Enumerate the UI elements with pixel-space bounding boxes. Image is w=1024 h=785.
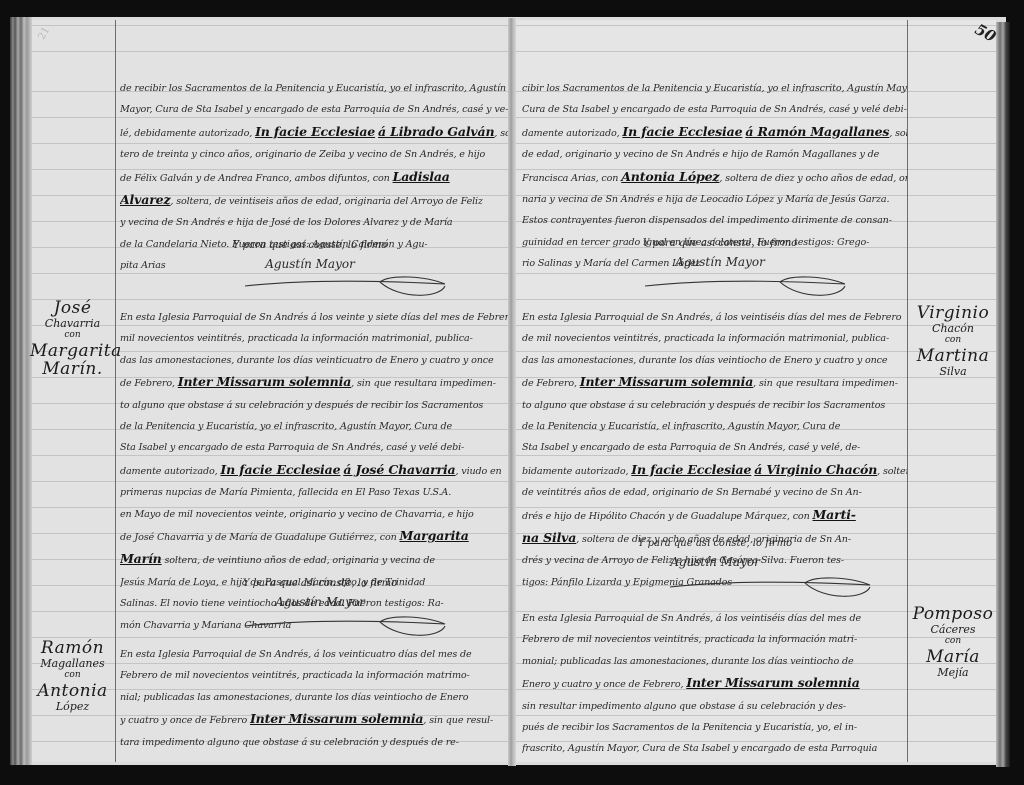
margin-names-virginio-martina: Virginio Chacón con Martina Silva bbox=[910, 305, 996, 377]
margin-names-ramon-antonia: Ramón Magallanes con Antonia López bbox=[30, 640, 115, 712]
left-closing-2: Y para que así conste, lo firmo Agustín … bbox=[220, 578, 420, 609]
formula-in-facie: In facie Ecclesiae bbox=[622, 124, 742, 139]
formula-inter-missarum: Inter Missarum solemnia bbox=[686, 675, 859, 690]
entry-line: das las amonestaciones, durante los días… bbox=[120, 350, 508, 371]
right-margin-rule bbox=[907, 20, 908, 762]
entry-line: de mil novecientos veintitrés, practicad… bbox=[522, 328, 907, 349]
closing-formula: Y para que así conste, lo firmo bbox=[643, 238, 797, 249]
margin-names-pomposo-maria: Pomposo Cáceres con María Mejía bbox=[910, 606, 996, 678]
entry-line: lé, debidamente autorizado, In facie Ecc… bbox=[120, 121, 508, 144]
groom-name: á Librado Galván bbox=[378, 124, 494, 139]
priest-signature: Agustín Mayor bbox=[620, 255, 820, 269]
left-binding-edge bbox=[10, 17, 32, 765]
entry-line: y vecina de Sn Andrés e hija de José de … bbox=[120, 212, 508, 233]
right-closing-2: Y para que así conste, lo firmo Agustín … bbox=[615, 538, 815, 569]
signature-rubric-flourish bbox=[240, 272, 450, 302]
entry-line: de veintitrés años de edad, originario d… bbox=[522, 482, 907, 503]
entry-line: cibir los Sacramentos de la Penitencia y… bbox=[522, 78, 907, 99]
entry-line: Estos contrayentes fueron dispensados de… bbox=[522, 210, 907, 231]
signature-rubric-flourish bbox=[665, 573, 875, 603]
groom-name: á Ramón Magallanes bbox=[745, 124, 889, 139]
groom-name: á José Chavarria bbox=[343, 462, 455, 477]
entry-line: de la Penitencia y Eucaristía, yo el inf… bbox=[120, 416, 508, 437]
right-closing-1: Y para que así conste, lo firmo Agustín … bbox=[620, 238, 820, 269]
entry-line: to alguno que obstase á su celebración y… bbox=[120, 395, 508, 416]
formula-inter-missarum: Inter Missarum solemnia bbox=[580, 374, 753, 389]
entry-line: Sta Isabel y encargado de esta Parroquia… bbox=[522, 437, 907, 458]
formula-inter-missarum: Inter Missarum solemnia bbox=[178, 374, 351, 389]
entry-line: das las amonestaciones, durante los días… bbox=[522, 350, 907, 371]
entry-line: damente autorizado, In facie Ecclesiae á… bbox=[522, 121, 907, 144]
closing-formula: Y para que así conste, lo firmo bbox=[243, 578, 397, 589]
entry-line: monial; publicadas las amonestaciones, d… bbox=[522, 651, 907, 672]
entry-line: de la Penitencia y Eucaristía, el infras… bbox=[522, 416, 907, 437]
entry-line: pués de recibir los Sacramentos de la Pe… bbox=[522, 717, 907, 738]
entry-line: frascrito, Agustín Mayor, Cura de Sta Is… bbox=[522, 738, 907, 759]
entry-line: damente autorizado, In facie Ecclesiae á… bbox=[120, 459, 508, 482]
entry-line: En esta Iglesia Parroquial de Sn Andrés,… bbox=[120, 644, 508, 665]
entry-line: primeras nupcias de María Pimienta, fall… bbox=[120, 482, 508, 503]
formula-inter-missarum: Inter Missarum solemnia bbox=[250, 711, 423, 726]
entry-line: Febrero de mil novecientos veintitrés, p… bbox=[522, 629, 907, 650]
bride-name-part2: Marín bbox=[120, 551, 162, 566]
entry-line: mil novecientos veintitrés, practicada l… bbox=[120, 328, 508, 349]
entry-line: de José Chavarria y de María de Guadalup… bbox=[120, 525, 508, 548]
entry-line: de edad, originario y vecino de Sn André… bbox=[522, 144, 907, 165]
entry-line: drés e hijo de Hipólito Chacón y de Guad… bbox=[522, 504, 907, 527]
entry-line: de Febrero, Inter Missarum solemnia, sin… bbox=[120, 371, 508, 394]
bride-name-part1: Margarita bbox=[400, 528, 469, 543]
entry-line: de recibir los Sacramentos de la Peniten… bbox=[120, 78, 508, 99]
entry-line: Mayor, Cura de Sta Isabel y encargado de… bbox=[120, 99, 508, 120]
formula-in-facie: In facie Ecclesiae bbox=[631, 462, 751, 477]
entry-line: sin resultar impedimento alguno que obst… bbox=[522, 696, 907, 717]
entry-line: to alguno que obstase á su celebración y… bbox=[522, 395, 907, 416]
entry-line: Enero y cuatro y once de Febrero, Inter … bbox=[522, 672, 907, 695]
book-gutter bbox=[508, 18, 516, 766]
entry-line: tero de treinta y cinco años, originario… bbox=[120, 144, 508, 165]
bride-name-part2: Alvarez bbox=[120, 192, 170, 207]
priest-signature: Agustín Mayor bbox=[615, 555, 815, 569]
signature-rubric-flourish bbox=[240, 612, 450, 642]
entry-line: Sta Isabel y encargado de esta Parroquia… bbox=[120, 437, 508, 458]
right-binding-edge bbox=[996, 22, 1010, 767]
closing-formula: Y para que así conste, lo firmo bbox=[638, 538, 792, 549]
entry-line: En esta Iglesia Parroquial de Sn Andrés … bbox=[120, 307, 508, 328]
entry-line: Febrero de mil novecientos veintitrés, p… bbox=[120, 665, 508, 686]
entry-ramon-magallanes: En esta Iglesia Parroquial de Sn Andrés,… bbox=[120, 644, 508, 753]
entry-line: y cuatro y once de Febrero Inter Missaru… bbox=[120, 708, 508, 731]
formula-in-facie: In facie Ecclesiae bbox=[220, 462, 340, 477]
entry-line: Francisca Arias, con Antonia López, solt… bbox=[522, 166, 907, 189]
closing-formula: Y para que así conste, lo firmo bbox=[233, 240, 387, 251]
bride-name-part1: Ladislaa bbox=[393, 169, 450, 184]
entry-pomposo-caceres: En esta Iglesia Parroquial de Sn Andrés,… bbox=[522, 608, 907, 760]
entry-line: Alvarez, soltera, de veintiseis años de … bbox=[120, 189, 508, 212]
formula-in-facie: In facie Ecclesiae bbox=[255, 124, 375, 139]
entry-line: naria y vecina de Sn Andrés e hija de Le… bbox=[522, 189, 907, 210]
entry-line: Cura de Sta Isabel y encargado de esta P… bbox=[522, 99, 907, 120]
left-closing-1: Y para que así conste, lo firmo Agustín … bbox=[210, 240, 410, 271]
entry-line: de Febrero, Inter Missarum solemnia, sin… bbox=[522, 371, 907, 394]
entry-line: tara impedimento alguno que obstase á su… bbox=[120, 732, 508, 753]
left-margin-rule bbox=[115, 20, 116, 762]
bride-name-part1: Marti- bbox=[813, 507, 856, 522]
priest-signature: Agustín Mayor bbox=[210, 257, 410, 271]
entry-line: En esta Iglesia Parroquial de Sn Andrés,… bbox=[522, 608, 907, 629]
entry-line: nial; publicadas las amonestaciones, dur… bbox=[120, 687, 508, 708]
entry-line: de Félix Galván y de Andrea Franco, ambo… bbox=[120, 166, 508, 189]
signature-rubric-flourish bbox=[640, 272, 850, 302]
groom-name: á Virginio Chacón bbox=[754, 462, 877, 477]
entry-line: en Mayo de mil novecientos veinte, origi… bbox=[120, 504, 508, 525]
bride-name: Antonia López bbox=[621, 169, 719, 184]
entry-line: bidamente autorizado, In facie Ecclesiae… bbox=[522, 459, 907, 482]
entry-line: Marín soltera, de veintiuno años de edad… bbox=[120, 548, 508, 571]
entry-line: En esta Iglesia Parroquial de Sn Andrés,… bbox=[522, 307, 907, 328]
bride-name-part2: na Silva bbox=[522, 530, 576, 545]
margin-names-jose-margarita: José Chavarria con Margarita Marín. bbox=[30, 300, 115, 379]
priest-signature: Agustín Mayor bbox=[220, 595, 420, 609]
